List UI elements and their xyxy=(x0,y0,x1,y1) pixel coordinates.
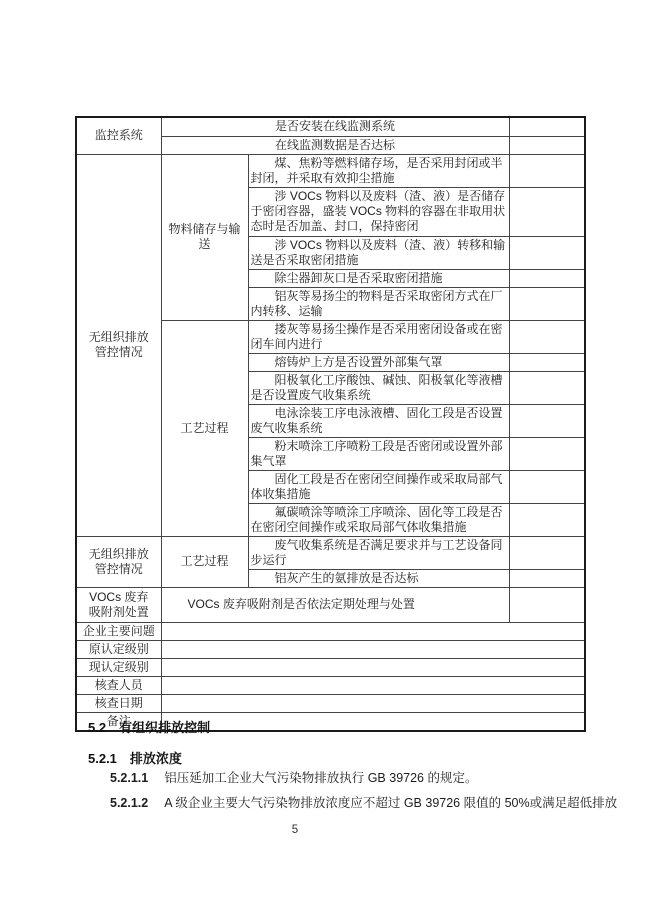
question-powder-spraying: 粉末喷涂工序喷粉工段是否密闭或设置外部集气罩 xyxy=(248,437,509,470)
question-melting-furnace-hood: 熔铸炉上方是否设置外部集气罩 xyxy=(248,353,509,371)
inspection-table: 监控系统 是否安装在线监测系统 在线监测数据是否达标 无组织排放 管控情况 物料… xyxy=(75,116,586,732)
heading-5-2-1: 5.2.1排放浓度 xyxy=(88,748,182,767)
result-cell xyxy=(509,187,585,236)
paragraph-5-2-1-1: 5.2.1.1铝压延加工企业大气污染物排放执行 GB 39726 的规定。 xyxy=(110,768,477,786)
category-fugitive-emission-2: 无组织排放 管控情况 xyxy=(76,536,161,587)
heading-number: 5.2.1 xyxy=(88,751,117,766)
row-label-current-grade: 现认定级别 xyxy=(76,658,161,676)
question-online-data-compliant: 在线监测数据是否达标 xyxy=(161,136,509,154)
result-cell xyxy=(509,320,585,353)
question-aluminum-ash-transport: 铝灰等易扬尘的物料是否采取密闭方式在厂内转移、运输 xyxy=(248,287,509,320)
question-vocs-storage: 涉 VOCs 物料以及废料（渣、液）是否储存于密闭容器，盛装 VOCs 物料的容… xyxy=(248,187,509,236)
paragraph-number: 5.2.1.1 xyxy=(110,771,148,785)
question-vocs-transfer: 涉 VOCs 物料以及废料（渣、液）转移和输送是否采取密闭措施 xyxy=(248,236,509,269)
question-electrophoresis-tanks: 电泳涂装工序电泳液槽、固化工段是否设置废气收集系统 xyxy=(248,404,509,437)
result-cell xyxy=(509,154,585,187)
row-label-inspectors: 核查人员 xyxy=(76,676,161,694)
result-cell xyxy=(509,353,585,371)
paragraph-text: A 级企业主要大气污染物排放浓度应不超过 GB 39726 限值的 50%或满足… xyxy=(164,796,617,810)
result-cell xyxy=(509,536,585,569)
result-cell xyxy=(509,287,585,320)
inspection-table-wrap: 监控系统 是否安装在线监测系统 在线监测数据是否达标 无组织排放 管控情况 物料… xyxy=(75,116,586,732)
question-vocs-adsorbent-disposal: VOCs 废弃吸附剂是否依法定期处理与处置 xyxy=(161,587,509,622)
heading-number: 5.2 xyxy=(88,720,106,735)
result-cell xyxy=(509,587,585,622)
paragraph-text: 铝压延加工企业大气污染物排放执行 GB 39726 的规定。 xyxy=(164,771,477,785)
subcategory-process-2: 工艺过程 xyxy=(161,536,248,587)
result-cell xyxy=(509,437,585,470)
paragraph-number: 5.2.1.2 xyxy=(110,796,148,810)
question-ammonia-emission: 铝灰产生的氨排放是否达标 xyxy=(248,569,509,587)
result-cell xyxy=(509,470,585,503)
heading-title: 有组织排放控制 xyxy=(119,720,210,735)
result-cell xyxy=(509,503,585,536)
question-fuel-storage: 煤、焦粉等燃料储存场，是否采用封闭或半封闭，并采取有效抑尘措施 xyxy=(248,154,509,187)
question-ash-raking: 搂灰等易扬尘操作是否采用密闭设备或在密闭车间内进行 xyxy=(248,320,509,353)
category-vocs-adsorbent: VOCs 废弃 吸附剂处置 xyxy=(76,587,161,622)
question-fluorocarbon-spraying: 氟碳喷涂等喷涂工序喷涂、固化等工段是否在密闭空间操作或采取局部气体收集措施 xyxy=(248,503,509,536)
subcategory-process-1: 工艺过程 xyxy=(161,320,248,536)
value-cell-remarks xyxy=(161,712,585,731)
value-cell-inspectors xyxy=(161,676,585,694)
row-label-inspection-date: 核查日期 xyxy=(76,694,161,712)
document-page: 监控系统 是否安装在线监测系统 在线监测数据是否达标 无组织排放 管控情况 物料… xyxy=(0,0,650,919)
value-cell-main-problems xyxy=(161,622,585,640)
question-curing-stage: 固化工段是否在密闭空间操作或采取局部气体收集措施 xyxy=(248,470,509,503)
result-cell xyxy=(509,136,585,154)
result-cell xyxy=(509,569,585,587)
row-label-main-problems: 企业主要问题 xyxy=(76,622,161,640)
category-fugitive-emission-1: 无组织排放 管控情况 xyxy=(76,154,161,536)
subcategory-material-storage: 物料储存与输送 xyxy=(161,154,248,320)
heading-5-2: 5.2有组织排放控制 xyxy=(88,717,210,736)
question-dust-collector-outlet: 除尘器卸灰口是否采取密闭措施 xyxy=(248,269,509,287)
result-cell xyxy=(509,371,585,404)
result-cell xyxy=(509,404,585,437)
row-label-original-grade: 原认定级别 xyxy=(76,640,161,658)
value-cell-inspection-date xyxy=(161,694,585,712)
result-cell xyxy=(509,236,585,269)
category-monitoring-system: 监控系统 xyxy=(76,117,161,154)
heading-title: 排放浓度 xyxy=(130,751,182,766)
value-cell-current-grade xyxy=(161,658,585,676)
result-cell xyxy=(509,117,585,136)
page-number: 5 xyxy=(0,824,590,836)
question-anodizing-tanks: 阳极氧化工序酸蚀、碱蚀、阳极氧化等液槽是否设置废气收集系统 xyxy=(248,371,509,404)
question-online-monitoring-installed: 是否安装在线监测系统 xyxy=(161,117,509,136)
question-gas-collection-system: 废气收集系统是否满足要求并与工艺设备同步运行 xyxy=(248,536,509,569)
paragraph-5-2-1-2: 5.2.1.2A 级企业主要大气污染物排放浓度应不超过 GB 39726 限值的… xyxy=(110,793,617,811)
value-cell-original-grade xyxy=(161,640,585,658)
result-cell xyxy=(509,269,585,287)
